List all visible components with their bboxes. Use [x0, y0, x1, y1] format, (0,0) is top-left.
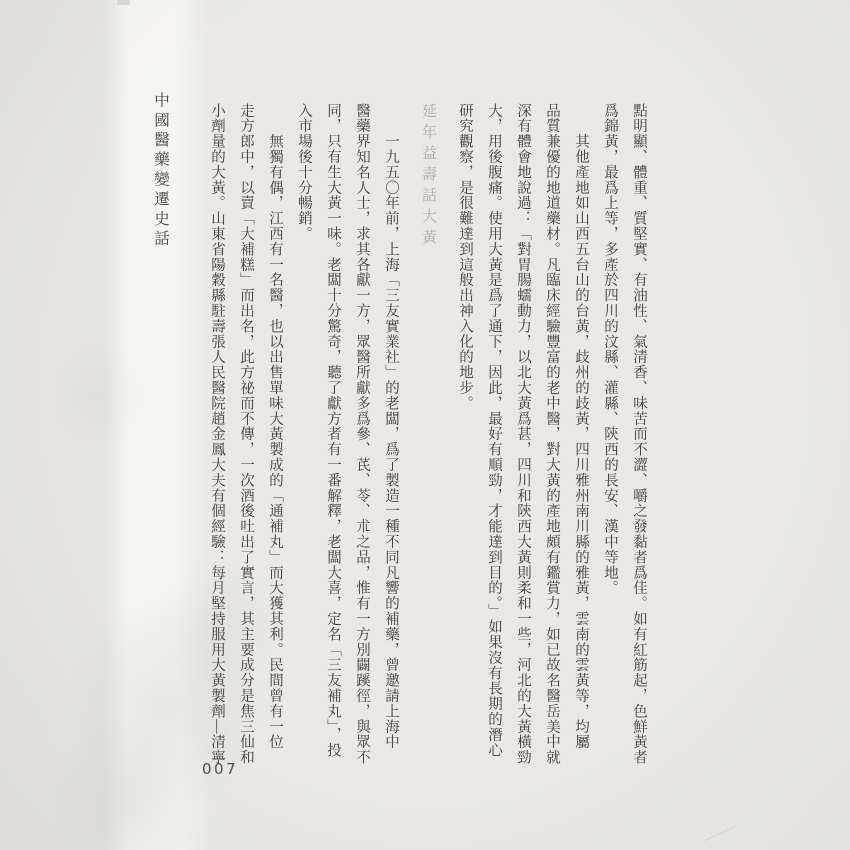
text-column: 同，只有生大黃一味。老闆十分驚奇，聽了獻方者有一番解釋，老闆大喜，定名「三友補丸… [318, 103, 347, 769]
scan-notch [117, 0, 130, 5]
text-column: 小劑量的大黃。山東省陽穀縣駐壽張人民醫院趙金鳳大夫有個經驗：每月堅持服用大黃製劑… [202, 103, 231, 769]
text-column: 大，用後腹痛。使用大黃是爲了通下，因此，最好有順勁，才能達到目的。」如果沒有長期… [479, 103, 508, 769]
text-column: 一九五〇年前，上海「三友實業社」的老闆，爲了製造一種不同凡響的補藥，曾邀請上海中 [376, 103, 405, 769]
scan-crease [704, 826, 735, 841]
text-column: 研究觀察，是很難達到這般出神入化的地步。 [450, 103, 479, 769]
book-title: 中國醫藥變遷史話 [149, 92, 171, 250]
text-column: 深有體會地說過：「對胃腸蠕動力，以北大黃爲甚，四川和陝西大黃則柔和一些，河北的大… [508, 103, 537, 769]
section-title: 延年益壽話大黃 [413, 103, 442, 769]
text-column: 品質兼優的地道藥材。凡臨床經驗豐富的老中醫，對大黃的產地頗有鑑賞力，如已故名醫岳… [537, 103, 566, 769]
page-number: 007 [202, 760, 238, 778]
text-column: 其他產地如山西五台山的台黃，歧州的歧黃，四川雅州南川縣的雅黃，雲南的雲黃等，均屬 [566, 103, 595, 769]
text-column: 點明顯、體重、質堅實、有油性、氣清香、味苦而不澀、嚼之發黏者爲佳。如有紅筋起，色… [624, 103, 653, 769]
text-column: 爲錦黃，最爲上等，多產於四川的汶縣、灌縣、陝西的長安、漢中等地。 [595, 103, 624, 769]
scanned-book-page: 中國醫藥變遷史話 點明顯、體重、質堅實、有油性、氣清香、味苦而不澀、嚼之發黏者爲… [0, 0, 850, 850]
text-column: 走方郎中，以賣「大補糕」而出名，此方祕而不傳，一次酒後吐出了實言，其主要成分是焦… [231, 103, 260, 769]
text-column: 無獨有偶，江西有一名醫，也以出售單味大黃製成的「通補丸」而大獲其利。民間曾有一位 [260, 103, 289, 769]
text-column: 醫藥界知名人士，求其各獻一方，眾醫所獻多爲參、芪、苓、朮之品，惟有一方別闢蹊徑，… [347, 103, 376, 769]
text-column: 入市場後十分暢銷。 [289, 103, 318, 769]
page-body: 點明顯、體重、質堅實、有油性、氣清香、味苦而不澀、嚼之發黏者爲佳。如有紅筋起，色… [202, 103, 653, 769]
